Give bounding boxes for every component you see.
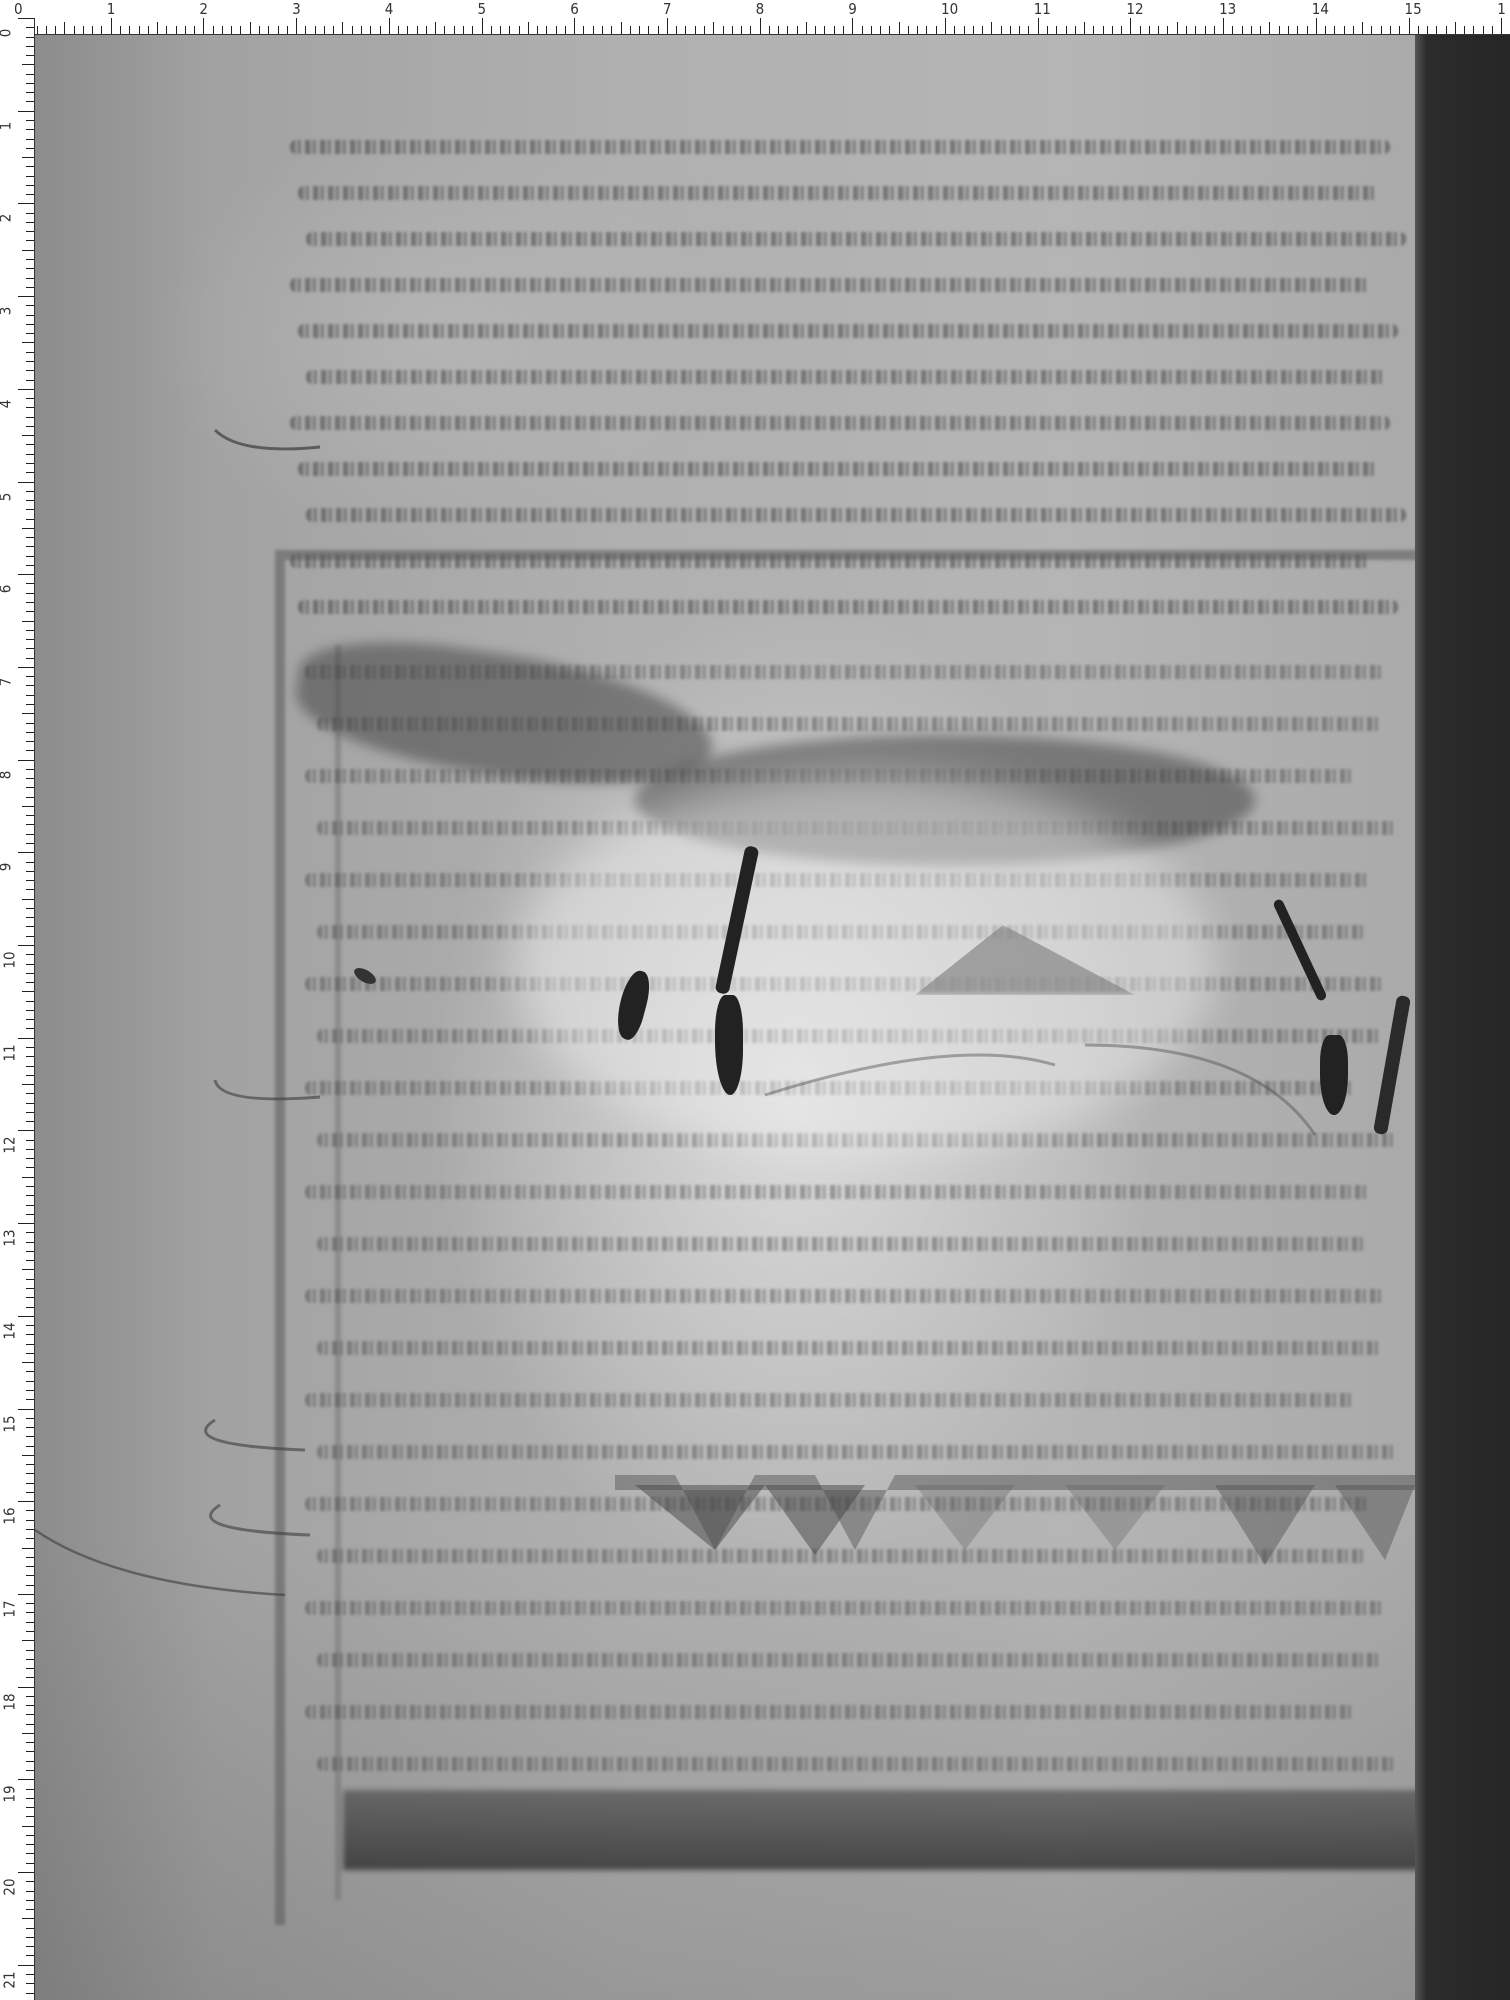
ruler-minor-tick [685, 26, 686, 34]
manuscript-scan [35, 35, 1510, 2000]
ruler-major-tick [18, 945, 34, 946]
ruler-minor-tick [639, 26, 640, 34]
ruler-minor-tick [1353, 26, 1354, 34]
ruler-major-tick [18, 1130, 34, 1131]
ruler-minor-tick [26, 630, 34, 631]
ruler-minor-tick [26, 1798, 34, 1799]
ruler-minor-tick [26, 1603, 34, 1604]
ruler-minor-tick [22, 342, 34, 343]
ruler-minor-tick [1418, 26, 1419, 34]
ruler-minor-tick [26, 1789, 34, 1790]
ruler-minor-tick [26, 1520, 34, 1521]
ruler-minor-tick [676, 26, 677, 34]
ruler-minor-tick [26, 259, 34, 260]
ruler-minor-tick [1436, 26, 1437, 34]
illegible-text-line [317, 1237, 1367, 1251]
ruler-minor-tick [26, 1937, 34, 1938]
ruler-label: 2 [199, 0, 208, 18]
ruler-label: 17 [1, 1600, 19, 1617]
ruler-minor-tick [26, 1928, 34, 1929]
ruler-minor-tick [973, 26, 974, 34]
ruler-minor-tick [26, 797, 34, 798]
ruler-minor-tick [26, 880, 34, 881]
ruler-minor-tick [26, 611, 34, 612]
ruler-minor-tick [1084, 22, 1085, 34]
ruler-minor-tick [556, 26, 557, 34]
illegible-text-line [306, 232, 1406, 246]
ruler-minor-tick [26, 917, 34, 918]
ruler-minor-tick [26, 723, 34, 724]
ruler-minor-tick [908, 26, 909, 34]
ruler-minor-tick [26, 324, 34, 325]
ruler-minor-tick [26, 83, 34, 84]
illegible-text-line [306, 508, 1406, 522]
ruler-major-tick [18, 482, 34, 483]
ruler-minor-tick [22, 713, 34, 714]
ruler-minor-tick [26, 472, 34, 473]
ruler-label: 12 [1, 1137, 19, 1154]
ruler-minor-tick [26, 1631, 34, 1632]
ruler-minor-tick [213, 26, 214, 34]
illegible-text-line [298, 462, 1378, 476]
ruler-minor-tick [917, 26, 918, 34]
ruler-minor-tick [26, 1371, 34, 1372]
ruler-minor-tick [268, 26, 269, 34]
ruler-minor-tick [26, 1427, 34, 1428]
ruler-minor-tick [37, 26, 38, 34]
ruler-label: 5 [478, 0, 487, 18]
ruler-minor-tick [26, 1816, 34, 1817]
ruler-minor-tick [1279, 26, 1280, 34]
ruler-minor-tick [26, 120, 34, 121]
ruler-minor-tick [26, 1334, 34, 1335]
ruler-major-tick [18, 1872, 34, 1873]
ruler-label: 0 [0, 29, 14, 38]
ruler-minor-tick [1010, 26, 1011, 34]
ruler-minor-tick [26, 1446, 34, 1447]
ruler-minor-tick [26, 509, 34, 510]
ruler-major-tick [18, 18, 34, 19]
ruler-minor-tick [954, 26, 955, 34]
ruler-minor-tick [519, 26, 520, 34]
ruler-minor-tick [593, 26, 594, 34]
ruler-minor-tick [1251, 26, 1252, 34]
ruler-minor-tick [26, 361, 34, 362]
ruler-minor-tick [1167, 26, 1168, 34]
ruler-label: 11 [1034, 0, 1051, 18]
ruler-minor-tick [565, 26, 566, 34]
ruler-minor-tick [22, 1733, 34, 1734]
ruler-label: 15 [1, 1415, 19, 1432]
ruler-minor-tick [26, 148, 34, 149]
ruler-label: 9 [848, 0, 857, 18]
ruler-minor-tick [194, 26, 195, 34]
ruler-minor-tick [26, 1473, 34, 1474]
ruler-minor-tick [370, 26, 371, 34]
ruler-label: 2 [0, 214, 14, 223]
ruler-minor-tick [26, 1724, 34, 1725]
ruler-major-tick [482, 18, 483, 34]
ruler-minor-tick [26, 834, 34, 835]
ruler-minor-tick [26, 27, 34, 28]
ruler-minor-tick [26, 101, 34, 102]
ruler-minor-tick [769, 26, 770, 34]
ruler-label: 18 [1, 1693, 19, 1710]
ruler-label: 16 [1, 1508, 19, 1525]
ruler-minor-tick [361, 26, 362, 34]
ruler-minor-tick [1381, 26, 1382, 34]
ruler-minor-tick [26, 463, 34, 464]
ruler-minor-tick [797, 26, 798, 34]
illegible-text-line [305, 1601, 1385, 1615]
ruler-minor-tick [500, 26, 501, 34]
ruler-minor-tick [26, 1288, 34, 1289]
ruler-minor-tick [26, 926, 34, 927]
ruler-minor-tick [22, 806, 34, 807]
ruler-minor-tick [26, 593, 34, 594]
ink-stroke-3 [715, 995, 743, 1095]
ruler-major-tick [1130, 18, 1131, 34]
ruler-minor-tick [26, 1714, 34, 1715]
ruler-minor-tick [546, 26, 547, 34]
ruler-major-tick [18, 111, 34, 112]
ruler-minor-tick [26, 1993, 34, 1994]
ruler-minor-tick [26, 417, 34, 418]
margin-flourish-3 [175, 1415, 315, 1465]
ruler-minor-tick [26, 1650, 34, 1651]
ruler-label: 13 [1, 1230, 19, 1247]
ruler-minor-tick [26, 1881, 34, 1882]
ruler-minor-tick [26, 787, 34, 788]
ruler-minor-tick [26, 1983, 34, 1984]
ruler-minor-tick [26, 602, 34, 603]
ruler-label: 5 [0, 492, 14, 501]
ruler-minor-tick [22, 1084, 34, 1085]
ruler-minor-tick [1307, 26, 1308, 34]
ruler-minor-tick [26, 1751, 34, 1752]
ruler-minor-tick [658, 26, 659, 34]
ruler-label: 7 [663, 0, 672, 18]
ruler-major-tick [1409, 18, 1410, 34]
ruler-label: 1 [0, 121, 14, 130]
ruler-minor-tick [26, 1186, 34, 1187]
ruler-minor-tick [1371, 26, 1372, 34]
ruler-label: 11 [1, 1044, 19, 1061]
ruler-major-tick [1038, 18, 1039, 34]
ruler-minor-tick [871, 26, 872, 34]
ruler-minor-tick [26, 1557, 34, 1558]
ruler-minor-tick [26, 1483, 34, 1484]
ruler-minor-tick [1066, 26, 1067, 34]
ruler-minor-tick [22, 899, 34, 900]
ruler-major-tick [18, 296, 34, 297]
ruler-minor-tick [435, 22, 436, 34]
ruler-minor-tick [26, 871, 34, 872]
illegible-text-line [305, 1705, 1355, 1719]
ruler-minor-tick [26, 1205, 34, 1206]
ruler-minor-tick [1269, 22, 1270, 34]
ruler-minor-tick [26, 964, 34, 965]
ruler-minor-tick [537, 26, 538, 34]
ruler-minor-tick [1242, 26, 1243, 34]
ruler-minor-tick [621, 22, 622, 34]
ruler-minor-tick [22, 1177, 34, 1178]
ruler-minor-tick [26, 1612, 34, 1613]
ruler-minor-tick [630, 26, 631, 34]
ruler-minor-tick [713, 22, 714, 34]
ruler-minor-tick [26, 1668, 34, 1669]
ruler-minor-tick [26, 862, 34, 863]
ruler-minor-tick [352, 26, 353, 34]
ruler-minor-tick [26, 380, 34, 381]
ruler-minor-tick [333, 26, 334, 34]
ruler-minor-tick [741, 26, 742, 34]
ruler-minor-tick [26, 1891, 34, 1892]
ruler-minor-tick [1112, 26, 1113, 34]
illegible-text-line [317, 1757, 1397, 1771]
ruler-minor-tick [26, 1761, 34, 1762]
ruler-minor-tick [26, 815, 34, 816]
ruler-minor-tick [991, 22, 992, 34]
ruler-major-tick [18, 1501, 34, 1502]
ruler-minor-tick [26, 1047, 34, 1048]
ruler-minor-tick [259, 26, 260, 34]
ruler-minor-tick [26, 213, 34, 214]
ruler-minor-tick [26, 407, 34, 408]
illegible-text-line [305, 1393, 1355, 1407]
ruler-minor-tick [26, 750, 34, 751]
ruler-minor-tick [648, 26, 649, 34]
ruler-minor-tick [26, 1575, 34, 1576]
ruler-minor-tick [26, 954, 34, 955]
ruler-minor-tick [26, 908, 34, 909]
ruler-minor-tick [26, 1399, 34, 1400]
ruler-minor-tick [26, 1066, 34, 1067]
ruler-minor-tick [1492, 26, 1493, 34]
ruler-minor-tick [26, 658, 34, 659]
ruler-minor-tick [129, 26, 130, 34]
ruler-minor-tick [26, 1279, 34, 1280]
zigzag-border-decoration [615, 1460, 1415, 1580]
ruler-minor-tick [26, 370, 34, 371]
ruler-minor-tick [26, 1195, 34, 1196]
ruler-minor-tick [1464, 26, 1465, 34]
ruler-label: 8 [0, 770, 14, 779]
ruler-minor-tick [1019, 26, 1020, 34]
ruler-minor-tick [185, 26, 186, 34]
ruler-major-tick [18, 1038, 34, 1039]
ruler-minor-tick [26, 166, 34, 167]
ruler-minor-tick [26, 129, 34, 130]
ruler-minor-tick [26, 583, 34, 584]
ruler-minor-tick [26, 1390, 34, 1391]
ruler-major-tick [1223, 18, 1224, 34]
ruler-minor-tick [26, 1325, 34, 1326]
ruler-minor-tick [899, 22, 900, 34]
ruler-minor-tick [26, 1075, 34, 1076]
ruler-minor-tick [26, 1909, 34, 1910]
ruler-minor-tick [1288, 26, 1289, 34]
illegible-text-line [290, 416, 1390, 430]
ruler-label: 10 [1, 951, 19, 968]
ruler-minor-tick [1205, 26, 1206, 34]
ruler-minor-tick [157, 22, 158, 34]
ruler-minor-tick [139, 26, 140, 34]
ruler-minor-tick [1399, 26, 1400, 34]
ruler-label: 4 [0, 400, 14, 409]
ruler-minor-tick [1260, 26, 1261, 34]
ruler-minor-tick [695, 26, 696, 34]
ruler-minor-tick [26, 982, 34, 983]
ruler-minor-tick [26, 454, 34, 455]
ruler-minor-tick [26, 1659, 34, 1660]
ruler-minor-tick [26, 74, 34, 75]
ruler-minor-tick [26, 1056, 34, 1057]
ruler-minor-tick [806, 22, 807, 34]
ruler-minor-tick [1140, 26, 1141, 34]
ruler-minor-tick [83, 26, 84, 34]
ruler-minor-tick [26, 1232, 34, 1233]
vertical-ruler: 0123456789101112131415161718192021 [0, 18, 35, 2000]
ruler-major-tick [111, 18, 112, 34]
ruler-major-tick [18, 1779, 34, 1780]
ruler-major-tick [18, 760, 34, 761]
ruler-minor-tick [26, 1436, 34, 1437]
ruler-minor-tick [26, 46, 34, 47]
ruler-label: 19 [1, 1786, 19, 1803]
ruler-minor-tick [26, 315, 34, 316]
ruler-label: 1 [1497, 0, 1506, 18]
margin-flourish-2 [210, 1075, 330, 1115]
ruler-minor-tick [22, 1918, 34, 1919]
ruler-minor-tick [732, 26, 733, 34]
ruler-minor-tick [1028, 26, 1029, 34]
ruler-minor-tick [26, 1297, 34, 1298]
ruler-minor-tick [26, 1140, 34, 1141]
ruler-label: 10 [941, 0, 958, 18]
ruler-minor-tick [22, 1640, 34, 1641]
illegible-text-line [305, 1185, 1370, 1199]
ruler-minor-tick [26, 639, 34, 640]
ruler-label: 7 [0, 678, 14, 687]
ruler-minor-tick [148, 26, 149, 34]
ruler-minor-tick [1195, 26, 1196, 34]
ruler-label: 15 [1405, 0, 1422, 18]
ruler-minor-tick [26, 1251, 34, 1252]
ruler-label: 14 [1312, 0, 1329, 18]
ruler-minor-tick [26, 1946, 34, 1947]
ruler-minor-tick [1093, 26, 1094, 34]
ruler-major-tick [18, 389, 34, 390]
ruler-minor-tick [26, 648, 34, 649]
ruler-minor-tick [26, 491, 34, 492]
ruler-minor-tick [240, 26, 241, 34]
ruler-minor-tick [454, 26, 455, 34]
ruler-label: 20 [1, 1878, 19, 1895]
ruler-label: 13 [1219, 0, 1236, 18]
ruler-minor-tick [26, 843, 34, 844]
right-edge-shadow [1415, 35, 1510, 2000]
ruler-minor-tick [26, 1622, 34, 1623]
ruler-minor-tick [26, 176, 34, 177]
ruler-minor-tick [723, 26, 724, 34]
ruler-label: 6 [570, 0, 579, 18]
ruler-minor-tick [22, 528, 34, 529]
ruler-minor-tick [602, 26, 603, 34]
ruler-minor-tick [26, 222, 34, 223]
dark-bottom-band [343, 1790, 1423, 1870]
ruler-minor-tick [26, 1696, 34, 1697]
ruler-minor-tick [26, 769, 34, 770]
ruler-major-tick [18, 203, 34, 204]
ruler-minor-tick [26, 1260, 34, 1261]
ruler-minor-tick [1427, 26, 1428, 34]
ruler-minor-tick [26, 500, 34, 501]
ruler-minor-tick [22, 435, 34, 436]
ruler-minor-tick [26, 537, 34, 538]
ruler-minor-tick [26, 1214, 34, 1215]
ruler-label: 6 [0, 585, 14, 594]
ruler-major-tick [296, 18, 297, 34]
ruler-minor-tick [583, 26, 584, 34]
ruler-minor-tick [862, 26, 863, 34]
ruler-minor-tick [26, 240, 34, 241]
ruler-minor-tick [92, 26, 93, 34]
ruler-minor-tick [26, 1538, 34, 1539]
ruler-minor-tick [26, 1900, 34, 1901]
ruler-minor-tick [26, 519, 34, 520]
ruler-minor-tick [278, 26, 279, 34]
illegible-text-line [298, 186, 1378, 200]
ruler-minor-tick [834, 26, 835, 34]
ruler-minor-tick [1325, 26, 1326, 34]
ruler-minor-tick [1158, 26, 1159, 34]
ruler-minor-tick [26, 1418, 34, 1419]
ruler-minor-tick [231, 26, 232, 34]
ruler-minor-tick [26, 1844, 34, 1845]
ruler-minor-tick [815, 26, 816, 34]
ruler-minor-tick [982, 26, 983, 34]
ruler-major-tick [760, 18, 761, 34]
ruler-major-tick [574, 18, 575, 34]
ruler-label: 3 [292, 0, 301, 18]
ruler-minor-tick [222, 26, 223, 34]
ruler-minor-tick [26, 92, 34, 93]
ruler-minor-tick [26, 556, 34, 557]
ruler-minor-tick [26, 695, 34, 696]
ruler-minor-tick [889, 26, 890, 34]
ruler-minor-tick [26, 1381, 34, 1382]
ruler-minor-tick [1103, 26, 1104, 34]
ruler-minor-tick [22, 250, 34, 251]
ruler-minor-tick [64, 22, 65, 34]
ruler-minor-tick [472, 26, 473, 34]
ruler-major-tick [1501, 18, 1502, 34]
panel-flourish-arc [755, 1025, 1335, 1165]
ruler-minor-tick [26, 426, 34, 427]
ruler-minor-tick [880, 26, 881, 34]
ruler-minor-tick [26, 139, 34, 140]
ruler-minor-tick [26, 1529, 34, 1530]
horizontal-ruler: 01234567891011121314151 [18, 0, 1510, 35]
ruler-minor-tick [26, 1677, 34, 1678]
ruler-minor-tick [1455, 22, 1456, 34]
ruler-minor-tick [74, 26, 75, 34]
ruler-label: 21 [1, 1971, 19, 1988]
ruler-minor-tick [22, 1826, 34, 1827]
ruler-minor-tick [26, 685, 34, 686]
ruler-minor-tick [120, 26, 121, 34]
